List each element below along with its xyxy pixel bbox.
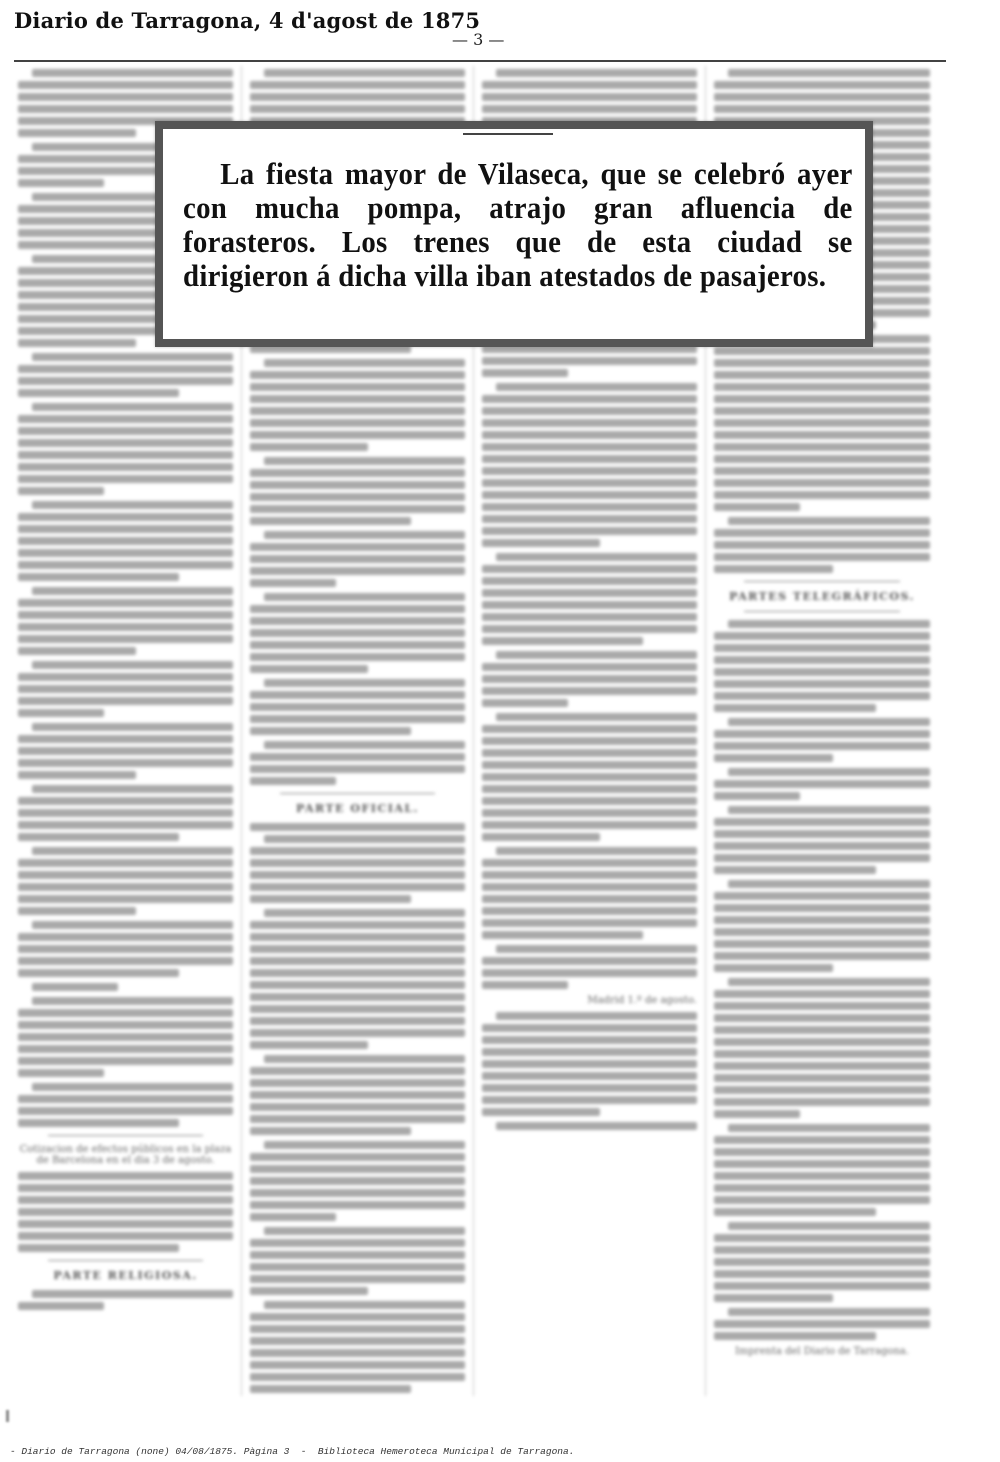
highlighted-article-text: La fiesta mayor de Vilaseca, que se cele… — [183, 157, 853, 293]
ornament-rule — [463, 133, 553, 135]
signature: Imprenta del Diario de Tarragona. — [714, 1346, 930, 1357]
section-parte-oficial: PARTE OFICIAL. — [250, 802, 465, 815]
newspaper-title: Diario de Tarragona, 4 d'agost de 1875 — [14, 8, 480, 33]
dateline-madrid: Madrid 1.º de agosto. — [482, 995, 697, 1006]
header-rule — [14, 60, 946, 62]
highlighted-article: La fiesta mayor de Vilaseca, que se cele… — [155, 121, 873, 347]
section-partes-telegraficos: PARTES TELEGRÁFICOS. — [714, 590, 930, 603]
page-number: — 3 — — [452, 30, 504, 49]
section-parte-religiosa: PARTE RELIGIOSA. — [18, 1269, 233, 1282]
margin-mark — [6, 1410, 9, 1422]
divider — [48, 1135, 203, 1136]
divider — [744, 581, 900, 582]
divider — [280, 793, 435, 794]
section-cotizacion: Cotizacion de efectos públicos en la pla… — [18, 1144, 233, 1166]
divider — [48, 1260, 203, 1261]
divider — [744, 611, 900, 612]
footer-citation: - Diario de Tarragona (none) 04/08/1875.… — [10, 1446, 574, 1457]
